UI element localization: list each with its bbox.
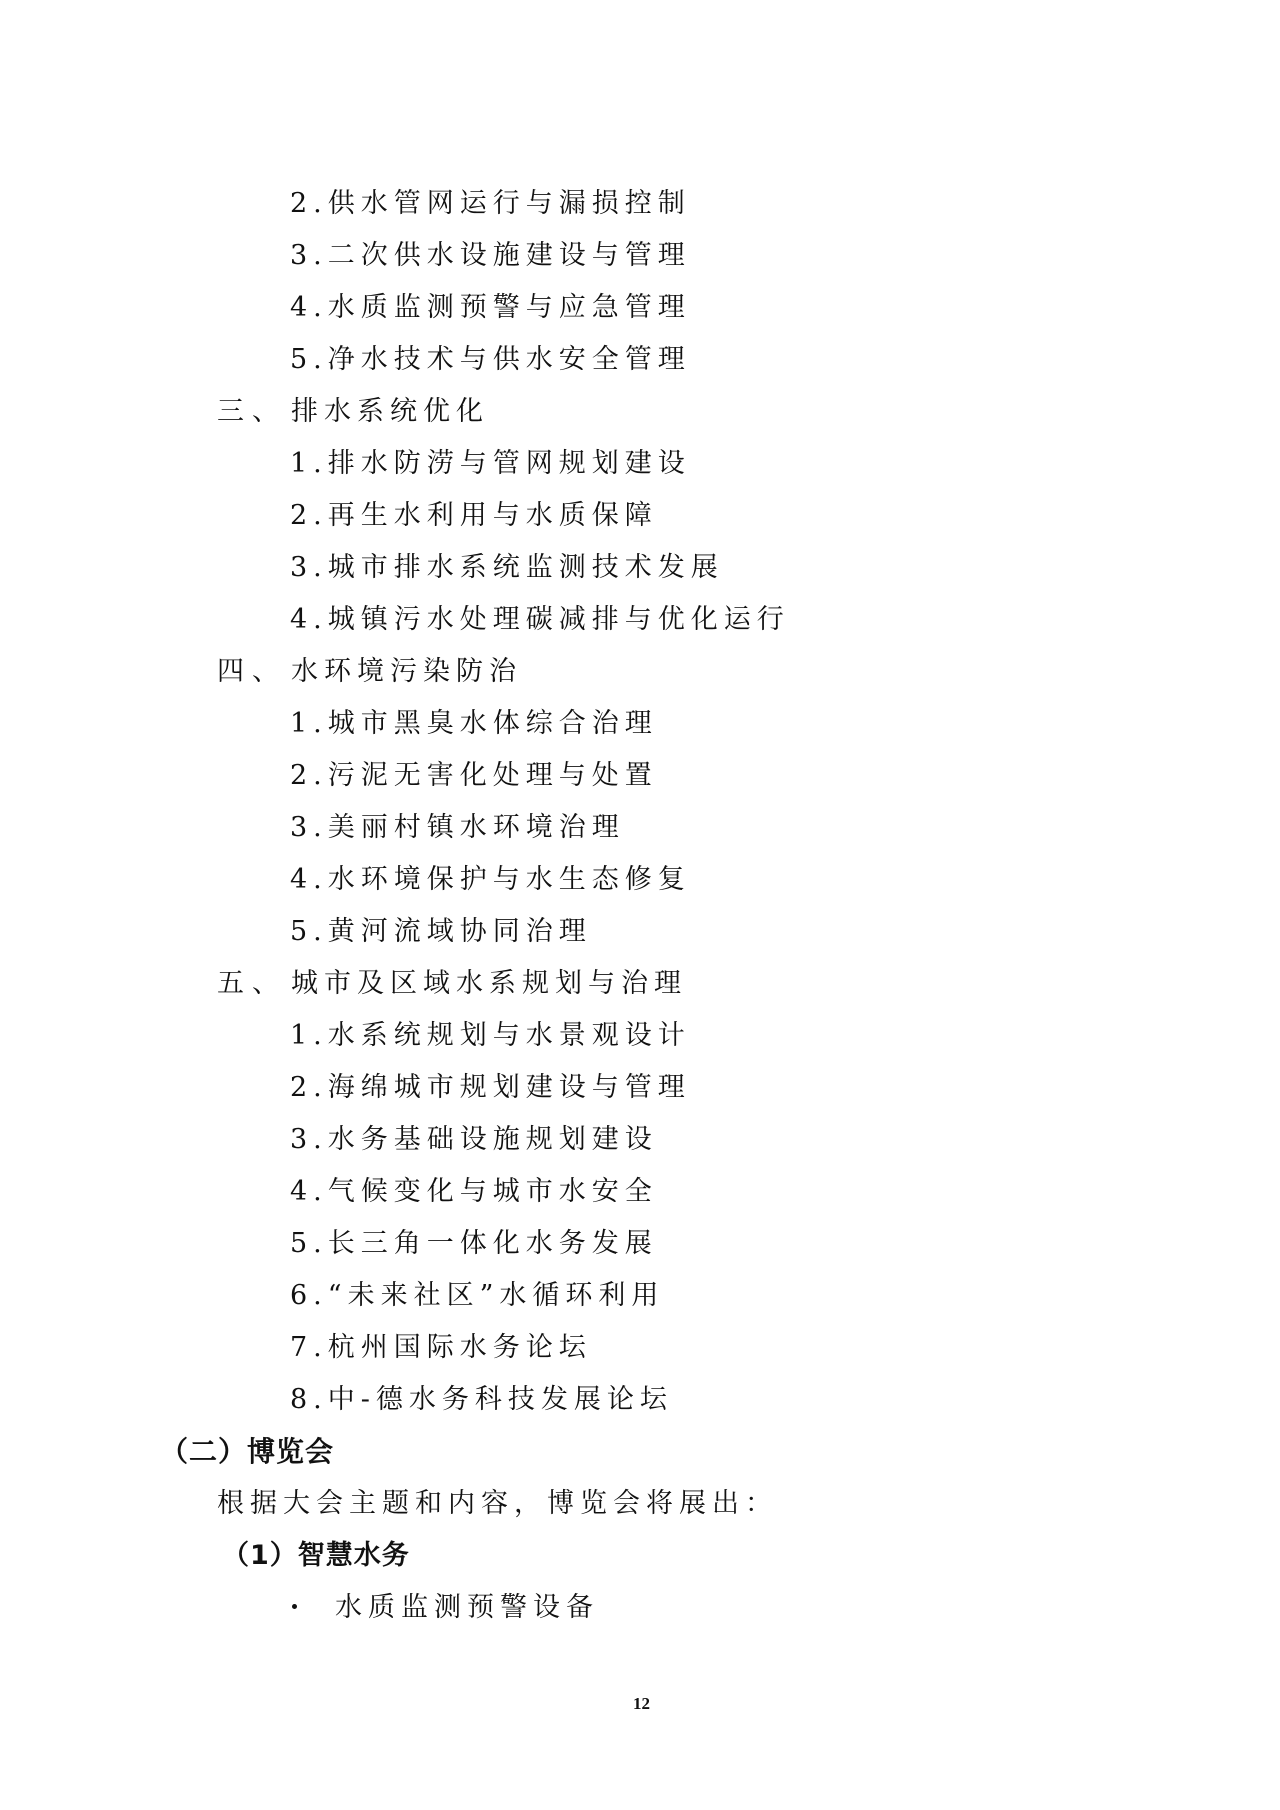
bullet-item: 水质监测预警设备 — [292, 1590, 599, 1626]
expo-subheading: （1）智慧水务 — [222, 1538, 410, 1574]
section-heading-5: 五、城市及区域水系规划与治理 — [217, 966, 687, 1002]
list-item: 4.气候变化与城市水安全 — [290, 1174, 658, 1210]
section-number: 三 — [217, 396, 250, 427]
list-item: 1.水系统规划与水景观设计 — [290, 1018, 691, 1054]
list-item: 4.水环境保护与水生态修复 — [290, 862, 691, 898]
list-item: 4.水质监测预警与应急管理 — [290, 290, 691, 326]
expo-heading: （二）博览会 — [160, 1434, 334, 1470]
section-number: 五 — [217, 968, 250, 999]
section-heading-4: 四、水环境污染防治 — [217, 654, 522, 690]
list-item: 6.“未来社区”水循环利用 — [290, 1278, 664, 1314]
bullet-text: 水质监测预警设备 — [335, 1592, 599, 1623]
list-item: 5.长三角一体化水务发展 — [290, 1226, 658, 1262]
page-number: 12 — [633, 1694, 650, 1714]
list-item: 2.污泥无害化处理与处置 — [290, 758, 658, 794]
document-page: 2.供水管网运行与漏损控制 3.二次供水设施建设与管理 4.水质监测预警与应急管… — [0, 0, 1280, 1810]
section-separator: 、 — [252, 656, 285, 687]
list-item: 1.排水防涝与管网规划建设 — [290, 446, 691, 482]
expo-intro: 根据大会主题和内容，博览会将展出： — [217, 1486, 778, 1522]
section-separator: 、 — [252, 396, 285, 427]
list-item: 3.二次供水设施建设与管理 — [290, 238, 691, 274]
list-item: 1.城市黑臭水体综合治理 — [290, 706, 658, 742]
list-item: 3.水务基础设施规划建设 — [290, 1122, 658, 1158]
list-item: 2.供水管网运行与漏损控制 — [290, 186, 691, 222]
list-item: 5.净水技术与供水安全管理 — [290, 342, 691, 378]
section-title: 排水系统优化 — [291, 396, 489, 427]
section-title: 水环境污染防治 — [291, 656, 522, 687]
list-item: 7.杭州国际水务论坛 — [290, 1330, 592, 1366]
list-item: 2.再生水利用与水质保障 — [290, 498, 658, 534]
list-item: 5.黄河流域协同治理 — [290, 914, 592, 950]
section-title: 城市及区域水系规划与治理 — [291, 968, 687, 999]
list-item: 2.海绵城市规划建设与管理 — [290, 1070, 691, 1106]
list-item: 8.中-德水务科技发展论坛 — [290, 1382, 673, 1418]
list-item: 3.美丽村镇水环境治理 — [290, 810, 625, 846]
section-heading-3: 三、排水系统优化 — [217, 394, 489, 430]
bullet-icon — [292, 1604, 297, 1609]
list-item: 4.城镇污水处理碳减排与优化运行 — [290, 602, 790, 638]
section-number: 四 — [217, 656, 250, 687]
section-separator: 、 — [252, 968, 285, 999]
list-item: 3.城市排水系统监测技术发展 — [290, 550, 724, 586]
